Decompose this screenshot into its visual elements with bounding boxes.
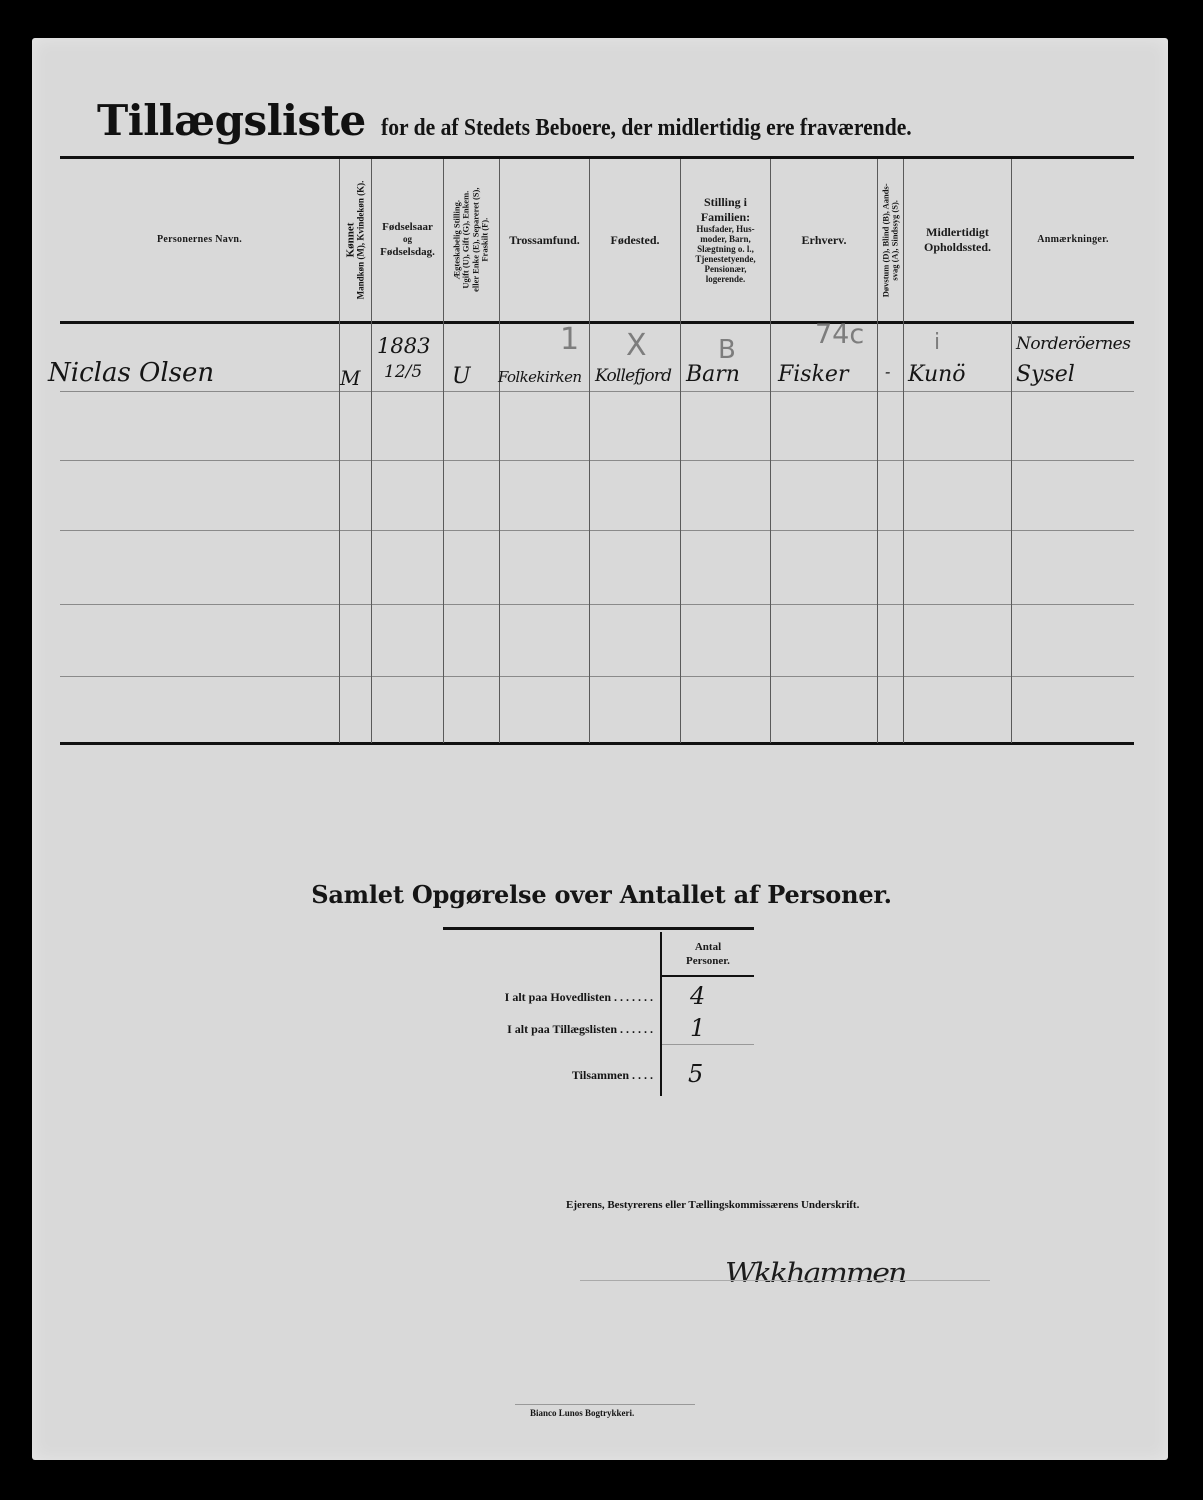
cell-temp-residence-code: i: [934, 330, 940, 355]
summary-value-total: 5: [688, 1060, 703, 1088]
row-rule: [60, 460, 1134, 461]
printer-rule: [515, 1404, 695, 1405]
form-title-emphasis: fraværende.: [800, 115, 912, 141]
cell-birthplace: Kollefjord: [595, 366, 671, 386]
cell-birth-date: 12/5: [384, 362, 422, 382]
summary-column-header: Antal Personer.: [664, 936, 752, 974]
header-sex: Kønnet Mandkøn (M), Kvindekøn (K).: [340, 159, 371, 321]
summary-value-main-list: 4: [690, 982, 705, 1010]
header-birth: Fødselsaar og Fødselsdag.: [372, 159, 443, 321]
table-bottom-rule: [60, 742, 1134, 745]
header-name: Personernes Navn.: [60, 159, 339, 321]
cell-name: Niclas Olsen: [48, 358, 214, 388]
cell-religion-code: 1: [560, 322, 579, 357]
cell-temp-residence: Kunö: [908, 362, 966, 387]
header-disability: Døvstum (D), Blind (B), Aands- svag (A),…: [878, 159, 903, 321]
row-rule: [60, 391, 1134, 392]
summary-header-rule: [662, 975, 754, 977]
cell-disability: -: [885, 362, 890, 381]
form-title-main: Tillægsliste: [97, 96, 366, 145]
cell-marital: U: [452, 364, 471, 389]
cell-remarks-line1: Norderöernes: [1016, 334, 1130, 354]
row-rule: [60, 604, 1134, 605]
form-title-subtitle: for de af Stedets Beboere, der midlertid…: [381, 115, 912, 142]
summary-divider-vertical: [660, 932, 662, 1096]
cell-religion: Folkekirken: [498, 368, 581, 386]
header-remarks: Anmærkninger.: [1012, 159, 1134, 321]
header-religion: Trossamfund.: [500, 159, 589, 321]
table-header-bottom-rule: [60, 321, 1134, 324]
row-rule: [60, 530, 1134, 531]
signature: Wkkhammen: [725, 1258, 905, 1290]
cell-birth-year: 1883: [377, 334, 430, 358]
cell-family-position: Barn: [686, 362, 740, 387]
cell-family-position-code: B: [718, 335, 736, 365]
cell-birthplace-code: X: [626, 328, 647, 363]
header-marital-status: Ægteskabelig Stilling. Ugift (U), Gift (…: [444, 159, 499, 321]
summary-label-total: Tilsammen . . . .: [572, 1068, 653, 1083]
header-occupation: Erhverv.: [771, 159, 877, 321]
form-title: Tillægsliste for de af Stedets Beboere, …: [97, 96, 1107, 146]
printer-imprint: Bianco Lunos Bogtrykkeri.: [530, 1408, 634, 1418]
cell-remarks-line2: Sysel: [1016, 362, 1075, 387]
signature-line: [580, 1280, 990, 1281]
header-family-position: Stilling i Familien: Husfader, Hus- mode…: [681, 159, 770, 321]
header-birthplace: Fødested.: [590, 159, 680, 321]
summary-label-main-list: I alt paa Hovedlisten . . . . . . .: [505, 990, 653, 1005]
summary-label-supplement-list: I alt paa Tillægslisten . . . . . .: [507, 1022, 653, 1037]
summary-title: Samlet Opgørelse over Antallet af Person…: [0, 880, 1203, 909]
cell-occupation-code: 74c: [815, 319, 864, 350]
signature-label: Ejerens, Bestyrerens eller Tællingskommi…: [566, 1199, 859, 1211]
cell-occupation: Fisker: [778, 362, 848, 387]
summary-top-rule: [443, 927, 754, 930]
cell-sex: M: [340, 366, 360, 390]
summary-subtotal-rule: [662, 1044, 754, 1045]
summary-value-supplement-list: 1: [690, 1014, 705, 1042]
row-rule: [60, 676, 1134, 677]
header-temp-residence: Midlertidigt Opholdssted.: [904, 159, 1011, 321]
